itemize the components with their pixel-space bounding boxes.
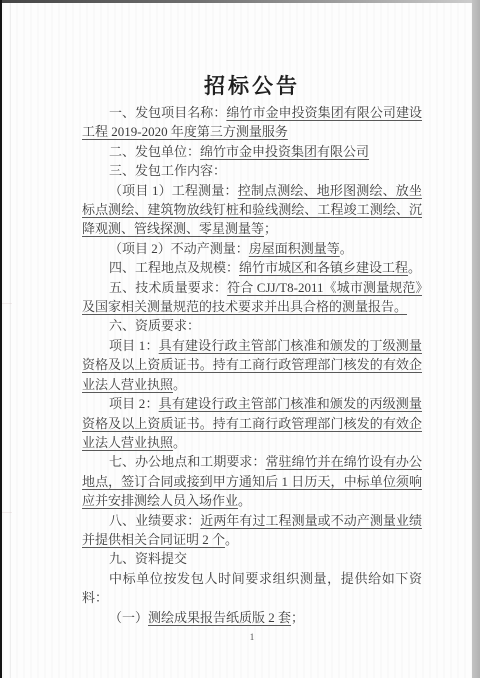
paragraph: 四、工程地点及规模：绵竹市城区和各镇乡建设工程。 <box>82 258 422 277</box>
text-run: ； <box>264 221 277 236</box>
text-run: 五、技术质量要求： <box>109 280 227 295</box>
text-run: 九、资料提交 <box>109 551 187 566</box>
paragraph: （项目 1）工程测量：控制点测绘、地形图测绘、放坐标点测绘、建筑物放线钉桩和验线… <box>82 181 422 239</box>
paragraph: 项目 2：具有建设行政主管部门核准和颁发的丙级测量资格及以上资质证书。持有工商行… <box>82 394 422 452</box>
document-body: 一、发包项目名称：绵竹市金申投资集团有限公司建设工程 2019-2020 年度第… <box>82 103 422 627</box>
text-run: 。 <box>225 532 238 547</box>
text-run: 三、发包工作内容： <box>109 163 226 178</box>
text-run: 七、办公地点和工期要求： <box>109 454 266 469</box>
text-run: （项目 2）不动产测量： <box>109 241 249 256</box>
text-run: 中标单位按发包人时间要求组织测量，提供给如下资料： <box>82 571 422 605</box>
underlined-text-run: 测绘成果报告纸质版 2 套 <box>148 610 291 625</box>
text-run: 六、资质要求： <box>109 318 200 333</box>
scan-edge-top <box>0 0 480 3</box>
page-number: 1 <box>82 632 422 642</box>
paragraph: （一）测绘成果报告纸质版 2 套； <box>82 608 422 627</box>
document-title: 招标公告 <box>82 70 422 100</box>
text-run: 项目 1： <box>109 338 159 353</box>
underlined-text-run: 绵竹市城区和各镇乡建设工程 <box>239 260 408 275</box>
underlined-text-run: 房屋面积测量等 <box>249 241 340 256</box>
paragraph: （项目 2）不动产测量：房屋面积测量等。 <box>82 239 422 258</box>
paragraph: 二、发包单位：绵竹市金申投资集团有限公司 <box>82 142 422 161</box>
text-run: 四、工程地点及规模： <box>109 260 239 275</box>
paragraph: 三、发包工作内容： <box>82 161 422 180</box>
underlined-text-run: 绵竹市金申投资集团有限公司 <box>200 144 369 159</box>
text-run: 。 <box>238 493 251 508</box>
paragraph: 项目 1：具有建设行政主管部门核准和颁发的丁级测量资格及以上资质证书。持有工商行… <box>82 336 422 394</box>
page-crease-line <box>10 0 11 678</box>
text-run: 。 <box>173 377 186 392</box>
text-run: 八、业绩要求： <box>109 513 200 528</box>
paragraph: 六、资质要求： <box>82 316 422 335</box>
paragraph: 五、技术质量要求：符合 CJJ/T8-2011《城市测量规范》及国家相关测量规范… <box>82 278 422 317</box>
scan-edge-left <box>0 0 2 678</box>
text-run: 。 <box>340 241 353 256</box>
text-run: 。 <box>408 260 421 275</box>
text-run: 。 <box>173 435 186 450</box>
paragraph: 九、资料提交 <box>82 549 422 568</box>
scan-edge-right <box>472 0 480 678</box>
text-run: ； <box>291 610 304 625</box>
paragraph: 中标单位按发包人时间要求组织测量，提供给如下资料： <box>82 569 422 608</box>
text-run: （一） <box>109 610 148 625</box>
paragraph: 七、办公地点和工期要求：常驻绵竹并在绵竹设有办公地点，签订合同或接到甲方通知后 … <box>82 452 422 510</box>
text-run: 二、发包单位： <box>109 144 200 159</box>
text-run: 一、发包项目名称： <box>109 105 226 120</box>
paragraph: 一、发包项目名称：绵竹市金申投资集团有限公司建设工程 2019-2020 年度第… <box>82 103 422 142</box>
scanned-document-viewport: 招标公告 一、发包项目名称：绵竹市金申投资集团有限公司建设工程 2019-202… <box>0 0 480 678</box>
text-run: 项目 2： <box>109 396 159 411</box>
text-run: （项目 1）工程测量： <box>109 183 238 198</box>
paragraph: 八、业绩要求：近两年有过工程测量或不动产测量业绩并提供相关合同证明 2 个。 <box>82 511 422 550</box>
